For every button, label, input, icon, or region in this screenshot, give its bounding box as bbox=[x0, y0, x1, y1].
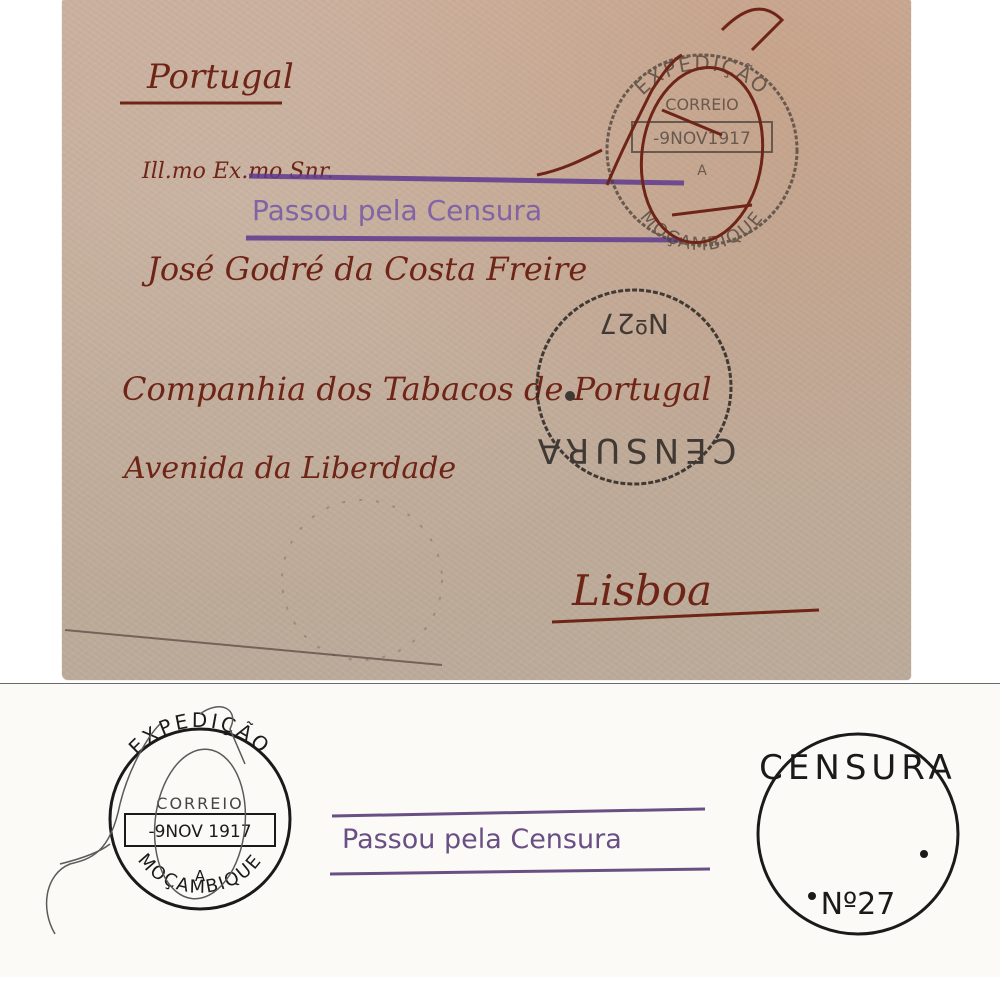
svg-text:Nº27: Nº27 bbox=[599, 307, 669, 340]
addressee: José Godré da Costa Freire bbox=[141, 250, 587, 288]
svg-text:EXPEDIÇÃO: EXPEDIÇÃO bbox=[124, 708, 276, 760]
censor-stamp-no27-detail: CENSURA Nº27 bbox=[758, 734, 958, 934]
svg-text:-9NOV 1917: -9NOV 1917 bbox=[148, 822, 251, 842]
envelope: Portugal Ill.mo Ex.mo Snr. Passou pela C… bbox=[62, 0, 911, 680]
svg-text:Passou pela Censura: Passou pela Censura bbox=[342, 824, 622, 855]
svg-text:CENSURA: CENSURA bbox=[532, 430, 737, 470]
svg-text:MOÇAMBIQUE: MOÇAMBIQUE bbox=[636, 207, 769, 255]
svg-text:CORREIO: CORREIO bbox=[665, 95, 738, 114]
company: Companhia dos Tabacos de Portugal bbox=[122, 370, 712, 408]
svg-text:A: A bbox=[697, 163, 707, 179]
svg-text:Nº27: Nº27 bbox=[821, 887, 896, 922]
envelope-surface: Portugal Ill.mo Ex.mo Snr. Passou pela C… bbox=[62, 0, 911, 680]
censor-rule-bottom bbox=[246, 238, 682, 240]
salutation: Ill.mo Ex.mo Snr. bbox=[141, 159, 334, 184]
svg-text:CORREIO: CORREIO bbox=[156, 794, 243, 813]
postmark-expedicao-detail: EXPEDIÇÃO CORREIO -9NOV 1917 A MOÇAMBIQU… bbox=[110, 708, 290, 909]
censor-mark-detail: Passou pela Censura bbox=[330, 809, 710, 874]
svg-text:-9NOV1917: -9NOV1917 bbox=[653, 129, 751, 149]
destination-country: Portugal bbox=[146, 57, 294, 97]
censor-mark: Passou pela Censura bbox=[252, 194, 542, 227]
city: Lisboa bbox=[571, 566, 712, 615]
stray-pen-stroke bbox=[65, 630, 442, 665]
faint-postmark bbox=[282, 500, 442, 660]
street: Avenida da Liberdade bbox=[121, 451, 456, 486]
postmark-expedicao: EXPEDIÇÃO CORREIO -9NOV1917 A MOÇAMBIQUE bbox=[607, 51, 797, 255]
detail-surface: EXPEDIÇÃO CORREIO -9NOV 1917 A MOÇAMBIQU… bbox=[0, 684, 1000, 977]
svg-text:CENSURA: CENSURA bbox=[759, 748, 957, 788]
stamp-detail-panel: EXPEDIÇÃO CORREIO -9NOV 1917 A MOÇAMBIQU… bbox=[0, 683, 1000, 977]
